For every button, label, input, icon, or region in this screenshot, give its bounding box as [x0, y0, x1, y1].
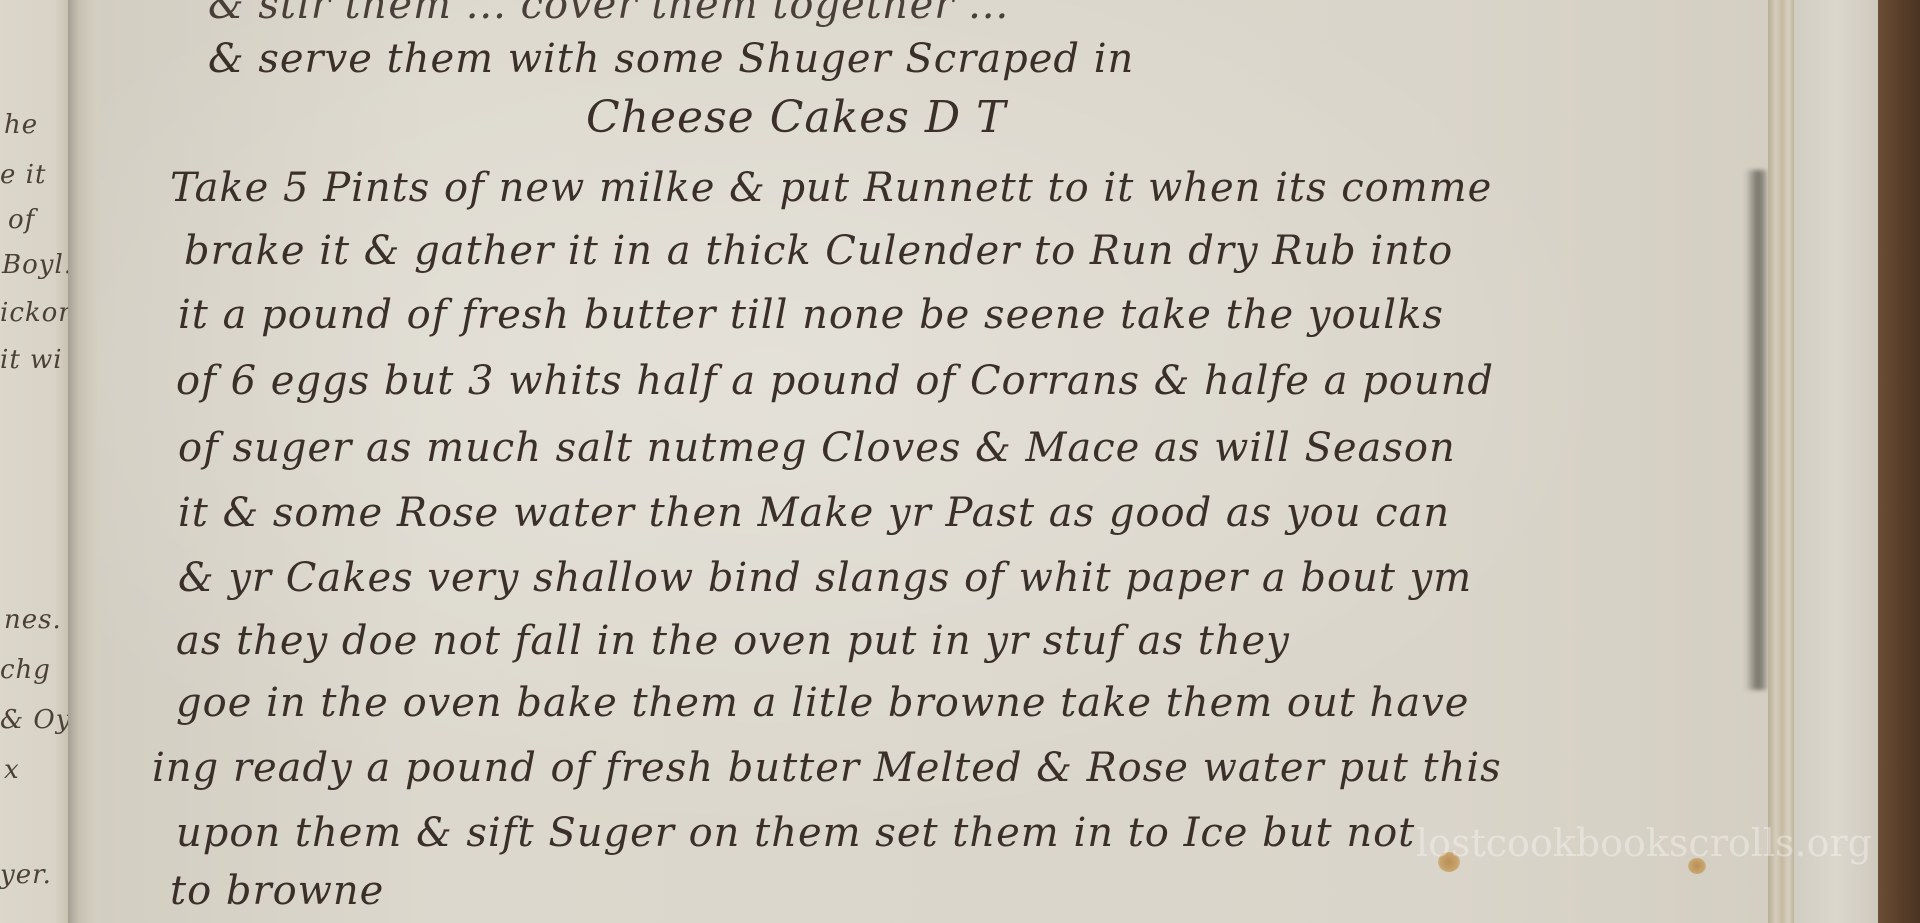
book-gutter	[68, 0, 98, 923]
page-edge-shadow	[1745, 170, 1767, 690]
recipe-line: of suger as much salt nutmeg Cloves & Ma…	[178, 425, 1456, 471]
recipe-line: Take 5 Pints of new milke & put Runnett …	[170, 165, 1492, 211]
recipe-line: upon them & sift Suger on them set them …	[176, 810, 1415, 856]
recipe-line: goe in the oven bake them a litle browne…	[176, 680, 1469, 726]
endpaper	[1794, 0, 1878, 923]
partial-top-line: & stir them ... cover them together ...	[208, 0, 1009, 28]
margin-fragment: it wi	[0, 345, 63, 375]
margin-fragment: yer.	[0, 860, 52, 890]
recipe-line: ing ready a pound of fresh butter Melted…	[152, 745, 1502, 791]
margin-fragment: Boyl.	[2, 250, 68, 280]
facing-left-page: he e it of Boyl. ickon it wi nes. chg & …	[0, 0, 68, 923]
margin-fragment: e it	[0, 160, 46, 190]
serve-line: & serve them with some Shuger Scraped in	[208, 36, 1134, 82]
recipe-line: as they doe not fall in the oven put in …	[176, 618, 1290, 664]
recipe-line: brake it & gather it in a thick Culender…	[184, 228, 1453, 274]
recipe-line: of 6 eggs but 3 whits half a pound of Co…	[176, 358, 1494, 404]
recipe-title: Cheese Cakes D T	[586, 92, 1006, 143]
leather-cover	[1878, 0, 1920, 923]
recipe-line: it a pound of fresh butter till none be …	[178, 292, 1444, 338]
manuscript-page: & stir them ... cover them together ... …	[98, 0, 1768, 923]
page-edges	[1768, 0, 1794, 923]
margin-fragment: nes.	[4, 605, 62, 635]
recipe-line: it & some Rose water then Make yr Past a…	[178, 490, 1450, 536]
watermark: lostcookbookscrolls.org	[1416, 821, 1872, 865]
recipe-line: & yr Cakes very shallow bind slangs of w…	[178, 555, 1472, 601]
margin-fragment: he	[4, 110, 38, 140]
margin-fragment: chg	[0, 655, 51, 685]
margin-fragment: of	[8, 205, 35, 235]
margin-fragment: x	[4, 755, 20, 785]
recipe-line: to browne	[170, 868, 384, 914]
margin-fragment: ickon	[0, 298, 68, 328]
margin-fragment: & Oys	[0, 705, 68, 735]
